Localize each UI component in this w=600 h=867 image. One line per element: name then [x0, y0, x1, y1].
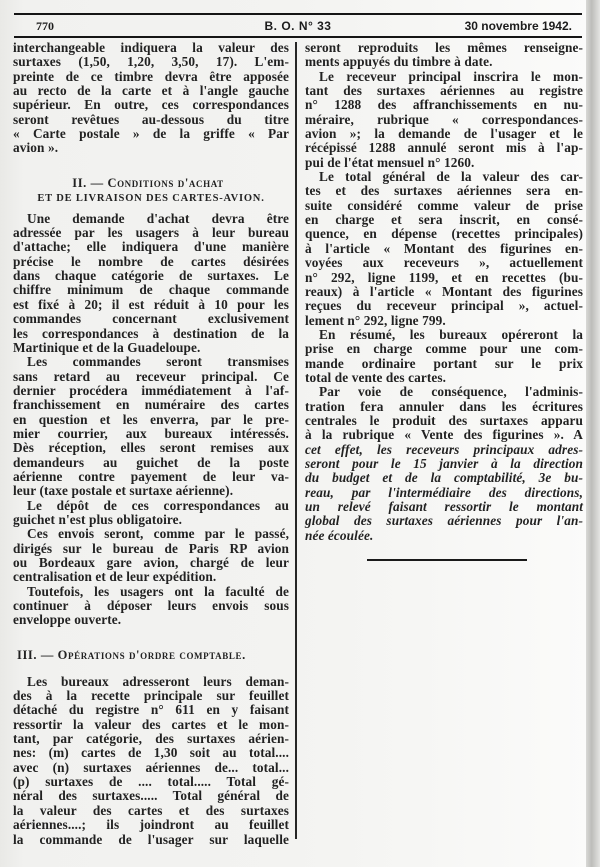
- text-line: (p) surtaxes de .... total..... Total gé…: [13, 775, 289, 789]
- section-3-paragraph: Les bureaux adresseront leurs deman- des…: [13, 675, 289, 847]
- right-paragraph-3: Le total général de la valeur des car- t…: [305, 170, 583, 328]
- text-line: cet effet, les receveurs principaux adre…: [305, 443, 583, 457]
- text-line: Les commandes seront transmises: [13, 355, 289, 369]
- text-line: avion »; la demande de l'usager et le: [305, 127, 583, 141]
- end-of-article-rule: [367, 559, 527, 561]
- text-line: est fixé à 20; il est réduit à 10 pour l…: [13, 298, 289, 312]
- text-line: supérieur. En outre, ces correspondances: [13, 98, 289, 112]
- text-line: Une demande d'achat devra être: [13, 212, 289, 226]
- text-line: ressortir la valeur des cartes et le mon…: [13, 718, 289, 732]
- text-line: dirigés sur le bureau de Paris RP avion: [13, 542, 289, 556]
- text-line: nes: (m) cartes de 1,30 soit au total...…: [13, 746, 289, 760]
- page-edge-shadow: [586, 0, 600, 867]
- text-line: en question et les enverra, par le pre-: [13, 413, 289, 427]
- text-line: Le total général de la valeur des car-: [305, 170, 583, 184]
- section-2-paragraph-1: Une demande d'achat devra être adressée …: [13, 212, 289, 355]
- text-line: En résumé, les bureaux opéreront la: [305, 328, 583, 342]
- text-line: dernier procédera immédiatement à l'af-: [13, 384, 289, 398]
- left-column: interchangeable indiquera la valeur des …: [13, 41, 289, 847]
- text-line: tration fera annuler dans les écritures: [305, 400, 583, 414]
- right-column: seront reproduits les mêmes renseigne- m…: [305, 41, 583, 561]
- section-2-subheading: ET DE LIVRAISON DES CARTES-AVION.: [13, 191, 289, 206]
- text-line: leur (taxe postale et surtaxe aérienne).: [13, 484, 289, 498]
- text-line: avion ».: [13, 141, 289, 155]
- text-line: lement n° 292, ligne 799.: [305, 314, 583, 328]
- text-line: seront pour le 15 janvier à la direction: [305, 457, 583, 471]
- text-line: d'attache; elle indiquera d'une manière: [13, 240, 289, 254]
- text-line: reçues du receveur principal », actuel-: [305, 299, 583, 313]
- text-line: à l'article « Montant des figurines en-: [305, 242, 583, 256]
- text-line: Les bureaux adresseront leurs deman-: [13, 675, 289, 689]
- section-3-heading: III. — Opérations d'ordre comptable.: [13, 648, 289, 663]
- text-line: seront reproduits les mêmes renseigne-: [305, 41, 583, 55]
- text-line: global des surtaxes aériennes pour l'an-: [305, 514, 583, 528]
- text-line: « Carte postale » de la griffe « Par: [13, 127, 289, 141]
- text-line: reau, par l'intermédiaire des directions…: [305, 486, 583, 500]
- text-line: interchangeable indiquera la valeur des: [13, 41, 289, 55]
- text-line: sans retard au receveur principal. Ce: [13, 370, 289, 384]
- text-line: les correspondances à destination de la: [13, 327, 289, 341]
- page-header: 770 B. O. N° 33 30 novembre 1942.: [14, 17, 582, 35]
- text-line: guichet n'est plus obligatoire.: [13, 513, 289, 527]
- text-line: dans chaque catégorie de surtaxes. Le: [13, 269, 289, 283]
- text-line: la valeur des cartes et des surtaxes: [13, 804, 289, 818]
- text-line: chiffre minimum de chaque commande: [13, 283, 289, 297]
- document-page: 770 B. O. N° 33 30 novembre 1942. interc…: [0, 0, 590, 867]
- text-line: pui de l'état mensuel n° 1260.: [305, 156, 583, 170]
- text-line: surtaxes (1,50, 1,20, 3,50, 17). L'em-: [13, 55, 289, 69]
- text-line: Toutefois, les usagers ont la faculté de: [13, 585, 289, 599]
- text-line: aérienne contre payement de leur va-: [13, 470, 289, 484]
- text-line: mande ordinaire portant sur le prix: [305, 357, 583, 371]
- intro-paragraph: interchangeable indiquera la valeur des …: [13, 41, 289, 156]
- section-2-paragraph-2: Les commandes seront transmises sans ret…: [13, 355, 289, 498]
- text-line: quence, en dépense (recettes principales…: [305, 227, 583, 241]
- text-line: à la rubrique « Vente des figurines ». A: [305, 428, 583, 442]
- text-line: tant, par catégorie, des surtaxes aérien…: [13, 732, 289, 746]
- text-line: continuer à déposer leurs envois sous: [13, 599, 289, 613]
- text-line: tant des surtaxes aériennes au registre: [305, 84, 583, 98]
- text-line: Ces envois seront, comme par le passé,: [13, 527, 289, 541]
- section-2-paragraph-5: Toutefois, les usagers ont la faculté de…: [13, 585, 289, 628]
- text-line: prise en charge comme pour une com-: [305, 342, 583, 356]
- text-line: au recto de la carte et à l'angle gauche: [13, 84, 289, 98]
- text-line: mier courrier, aux bureaux intéressés.: [13, 427, 289, 441]
- right-paragraph-5: Par voie de conséquence, l'adminis- trat…: [305, 385, 583, 543]
- header-bottom-rule: [14, 36, 582, 38]
- text-line: Par voie de conséquence, l'adminis-: [305, 385, 583, 399]
- text-line: n° 1288 des affranchissements en nu-: [305, 98, 583, 112]
- column-divider: [295, 42, 297, 839]
- text-line: preinte de ce timbre devra être apposée: [13, 70, 289, 84]
- text-line: aériennes....; ils joindront au feuillet: [13, 818, 289, 832]
- text-line: méraire, rubrique « correspondances-: [305, 113, 583, 127]
- text-line: voyées aux receveurs », actuellement: [305, 256, 583, 270]
- text-line: centralisation et de leur expédition.: [13, 570, 289, 584]
- text-line: Le dépôt de ces correspondances au: [13, 499, 289, 513]
- text-line: seront revêtues au-dessous du titre: [13, 113, 289, 127]
- section-2-paragraph-3: Le dépôt de ces correspondances au guich…: [13, 499, 289, 528]
- header-top-rule: [14, 13, 582, 15]
- text-line: Dès réception, elles seront remises aux: [13, 441, 289, 455]
- text-line: reaux) à l'article « Montant des figurin…: [305, 285, 583, 299]
- section-2-heading: II. — Conditions d'achat: [13, 176, 289, 191]
- text-line: née écoulée.: [305, 529, 583, 543]
- text-line: commandes concernant exclusivement: [13, 312, 289, 326]
- text-line: total de vente des cartes.: [305, 371, 583, 385]
- text-line: centrales le produit des surtaxes apparu: [305, 414, 583, 428]
- right-paragraph-4: En résumé, les bureaux opéreront la pris…: [305, 328, 583, 385]
- text-line: demandeurs au guichet de la poste: [13, 456, 289, 470]
- issue-date: 30 novembre 1942.: [465, 17, 572, 35]
- text-line: précise le nombre de cartes désirées: [13, 255, 289, 269]
- section-2-paragraph-4: Ces envois seront, comme par le passé, d…: [13, 527, 289, 584]
- text-line: la commande de l'usager sur laquelle: [13, 833, 289, 847]
- text-line: avec (n) surtaxes aériennes de... total.…: [13, 761, 289, 775]
- text-line: adressée par les usagers à leur bureau: [13, 226, 289, 240]
- text-line: Le receveur principal inscrira le mon-: [305, 70, 583, 84]
- right-paragraph-1: seront reproduits les mêmes renseigne- m…: [305, 41, 583, 70]
- text-line: en charge et sera inscrit, en consé-: [305, 213, 583, 227]
- text-line: des à la recette principale sur feuillet: [13, 689, 289, 703]
- text-line: ou Bordeaux gare avion, chargé de leur: [13, 556, 289, 570]
- text-line: n° 292, ligne 1199, et en recettes (bu-: [305, 271, 583, 285]
- text-line: récépissé 1288 annulé seront mis à l'ap-: [305, 141, 583, 155]
- text-line: Martinique et de la Guadeloupe.: [13, 341, 289, 355]
- text-line: franchissement en numéraire des cartes: [13, 398, 289, 412]
- right-paragraph-2: Le receveur principal inscrira le mon- t…: [305, 70, 583, 170]
- text-line: suite considéré comme valeur de prise: [305, 199, 583, 213]
- text-line: enveloppe ouverte.: [13, 613, 289, 627]
- text-line: du budget et de la comptabilité, 3e bu-: [305, 471, 583, 485]
- text-line: néral des surtaxes..... Total général de: [13, 789, 289, 803]
- text-line: ments appuyés du timbre à date.: [305, 55, 583, 69]
- text-line: tes et des surtaxes aériennes sera en-: [305, 184, 583, 198]
- text-line: détaché du registre n° 611 en y faisant: [13, 703, 289, 717]
- text-line: un relevé faisant ressortir le montant: [305, 500, 583, 514]
